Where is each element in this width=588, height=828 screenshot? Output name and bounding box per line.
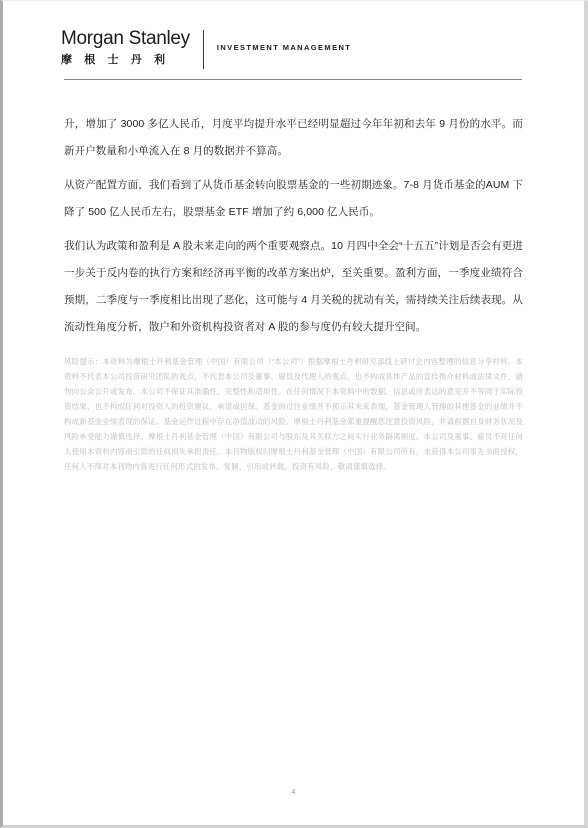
body-paragraph-1: 升，增加了 3000 多亿人民币，月度平均提升水平已经明显超过今年年初和去年 9… [64, 111, 523, 165]
brand-logo: Morgan Stanley 摩根士丹利 INVESTMENT MANAGEME… [61, 28, 523, 69]
morgan-stanley-logo-chinese: 摩根士丹利 [61, 53, 165, 67]
division-label: INVESTMENT MANAGEMENT [217, 43, 351, 52]
morgan-stanley-logo-text: Morgan Stanley [61, 28, 190, 50]
body-paragraph-2: 从资产配置方面，我们看到了从货币基金转向股票基金的一些初期迹象。7-8 月货币基… [64, 172, 523, 226]
brand-logo-wordmark: Morgan Stanley 摩根士丹利 [61, 28, 190, 67]
document-page: Morgan Stanley 摩根士丹利 INVESTMENT MANAGEME… [0, 0, 588, 828]
document-body: 升，增加了 3000 多亿人民币，月度平均提升水平已经明显超过今年年初和去年 9… [3, 80, 584, 474]
page-footer: 4 [3, 781, 584, 799]
body-paragraph-3: 我们认为政策和盈利是 A 股未来走向的两个重要观察点。10 月四中全会“十五五”… [64, 233, 523, 341]
risk-disclaimer: 风险提示：本资料为摩根士丹利基金管理（中国）有限公司（“本公司”）根据摩根士丹利… [64, 354, 523, 474]
page-header: Morgan Stanley 摩根士丹利 INVESTMENT MANAGEME… [3, 1, 584, 80]
logo-divider [203, 30, 204, 69]
page-number: 4 [292, 789, 296, 796]
